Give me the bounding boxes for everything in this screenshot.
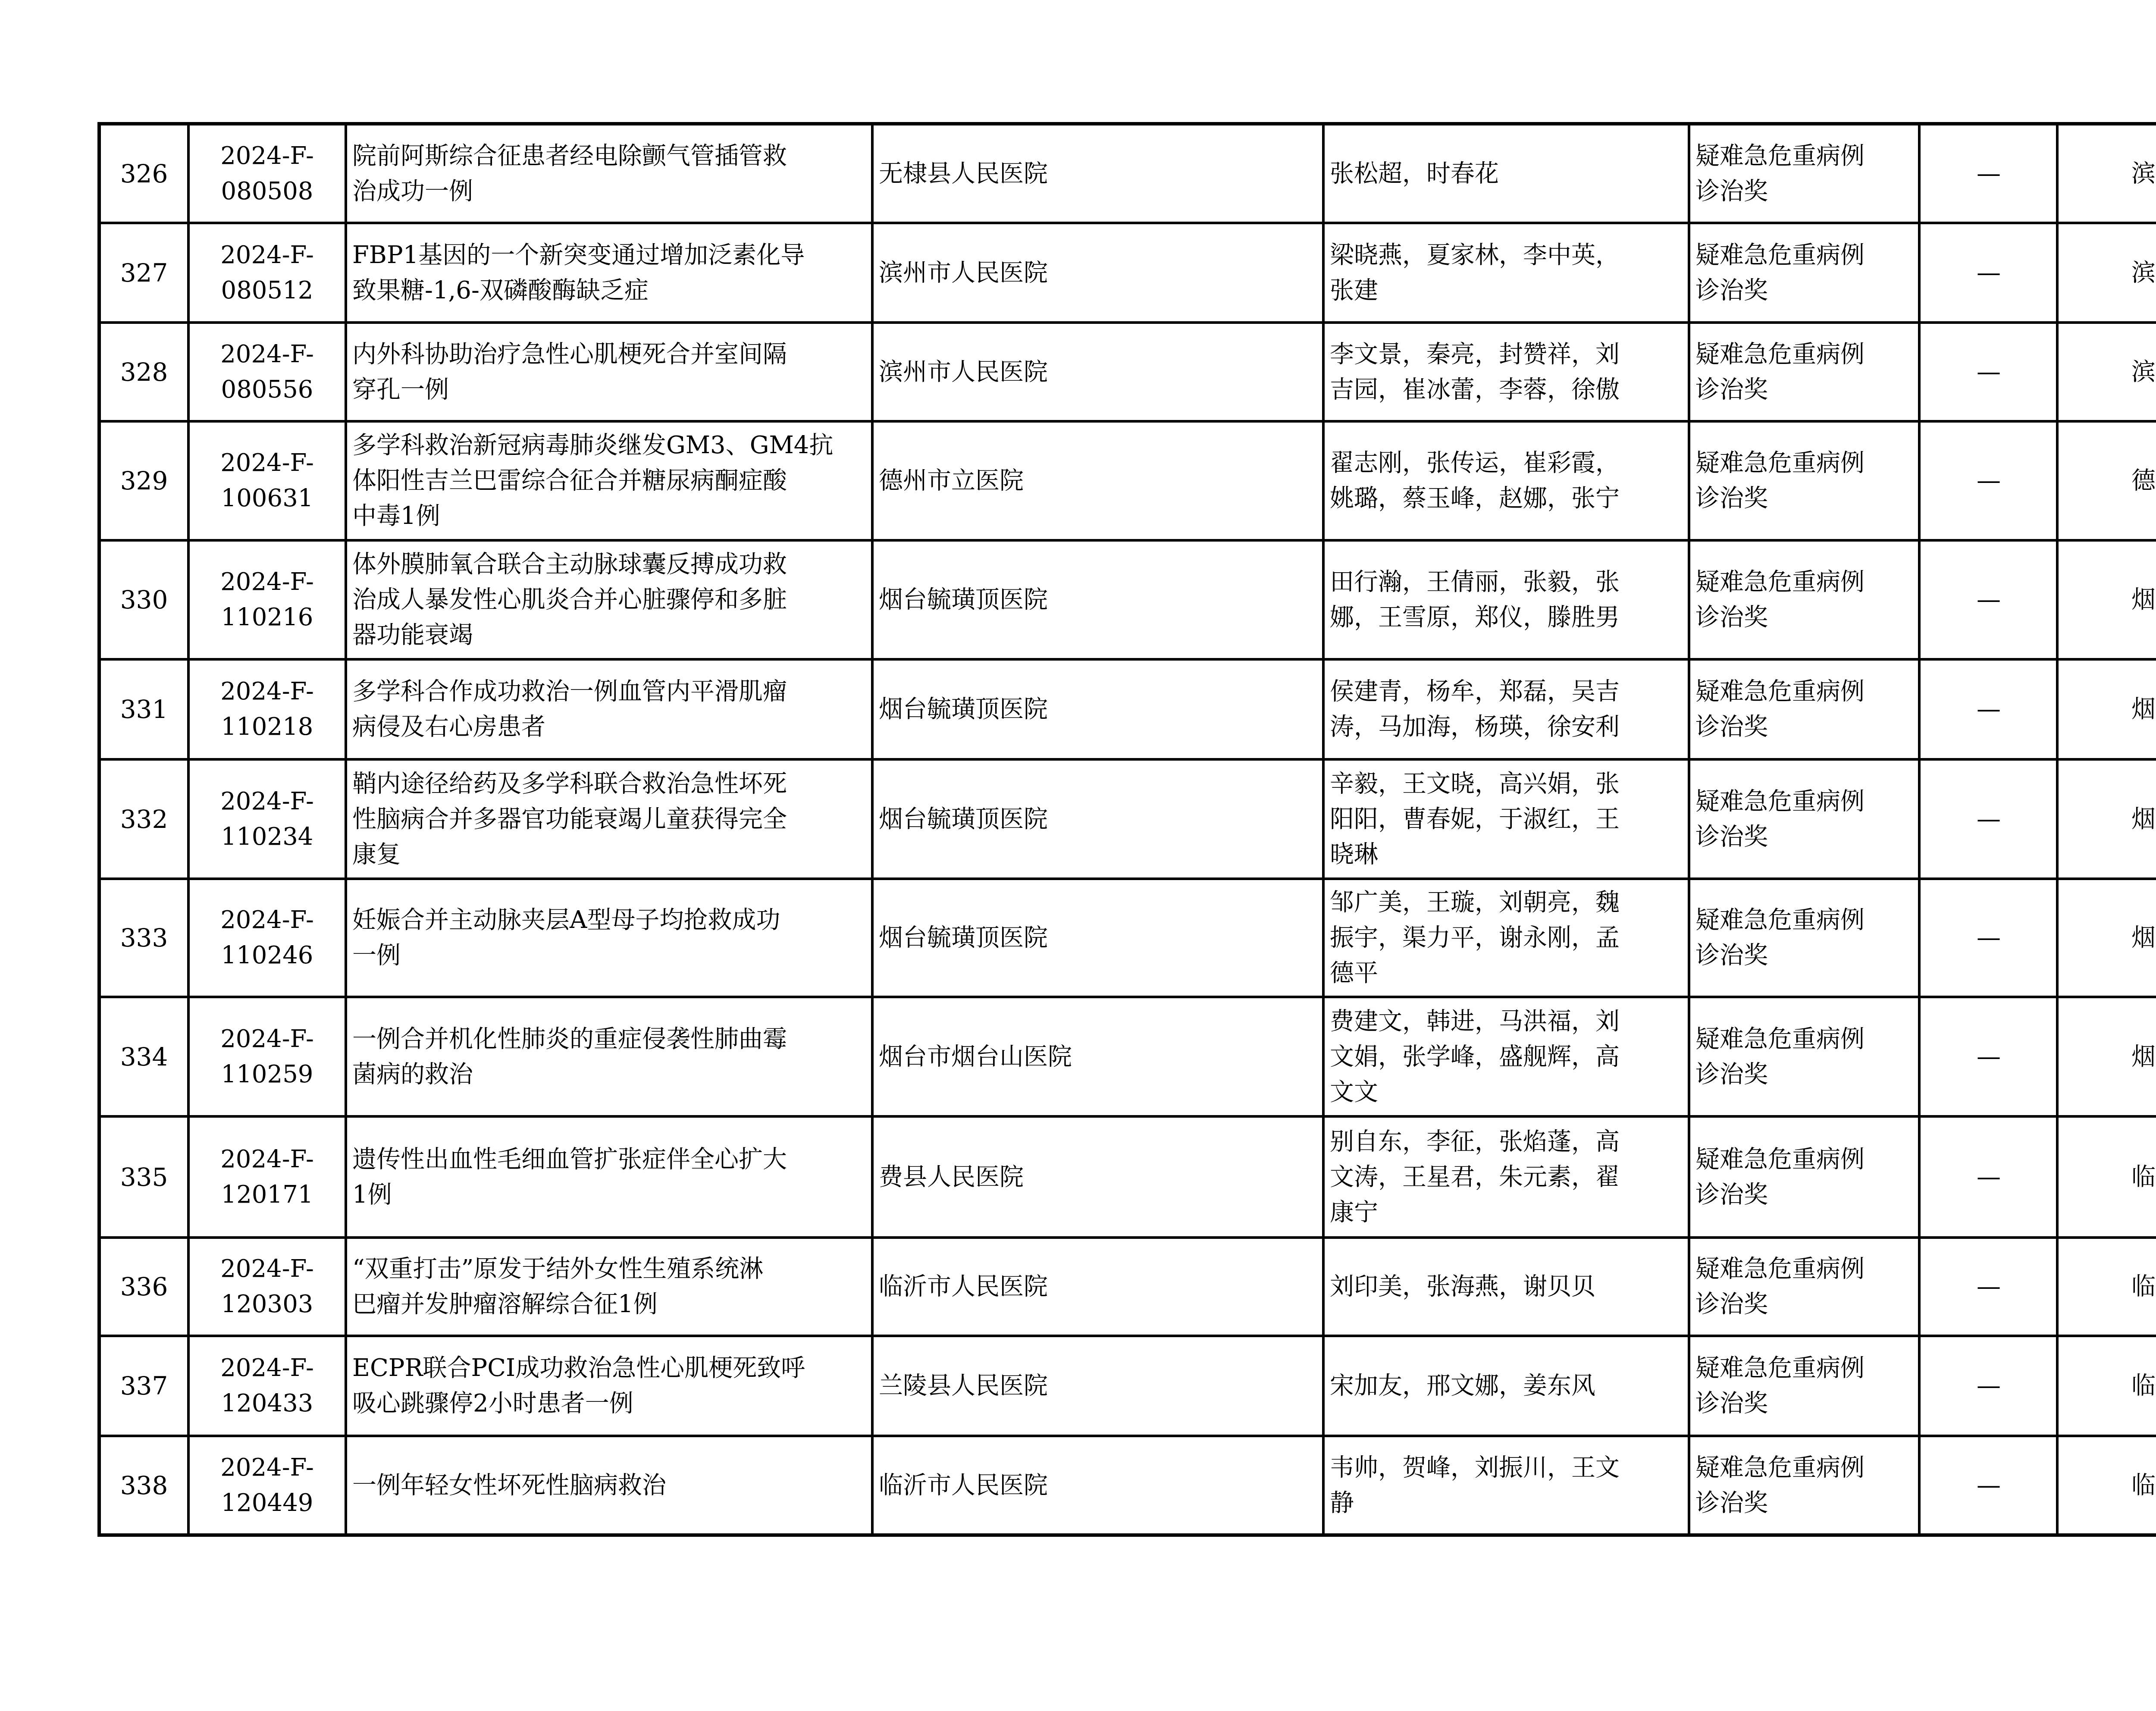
applicant-unit: 兰陵县人民医院 (872, 1336, 1323, 1436)
row-number: 334 (99, 997, 188, 1116)
row-number: 336 (99, 1238, 188, 1336)
award-category: 疑难急危重病例 诊治奖 (1689, 1436, 1919, 1535)
row-number: 330 (99, 540, 188, 659)
table-row: 336 2024-F- 120303 “双重打击”原发于结外女性生殖系统淋 巴瘤… (99, 1238, 2156, 1336)
award-list-table: 326 2024-F- 080508 院前阿斯综合征患者经电除颤气管插管救 治成… (97, 122, 2156, 1537)
project-code: 2024-F- 120171 (188, 1116, 346, 1238)
award-grade: — (1919, 659, 2057, 759)
project-code: 2024-F- 120449 (188, 1436, 346, 1535)
table-row: 328 2024-F- 080556 内外科协助治疗急性心肌梗死合并室间隔 穿孔… (99, 323, 2156, 421)
main-contributors: 李文景，秦亮，封赞祥，刘 吉园，崔冰蕾，李蓉，徐傲 (1323, 323, 1689, 421)
recommending-organization: 烟台市医学会 (2057, 879, 2156, 997)
award-grade: — (1919, 1116, 2057, 1238)
project-title: 鞘内途径给药及多学科联合救治急性坏死 性脑病合并多器官功能衰竭儿童获得完全 康复 (346, 759, 872, 879)
applicant-unit: 滨州市人民医院 (872, 323, 1323, 421)
award-grade: — (1919, 997, 2057, 1116)
project-title: 院前阿斯综合征患者经电除颤气管插管救 治成功一例 (346, 124, 872, 223)
applicant-unit: 费县人民医院 (872, 1116, 1323, 1238)
award-category: 疑难急危重病例 诊治奖 (1689, 1116, 1919, 1238)
main-contributors: 宋加友，邢文娜，姜东风 (1323, 1336, 1689, 1436)
project-code: 2024-F- 120303 (188, 1238, 346, 1336)
project-code: 2024-F- 080512 (188, 223, 346, 323)
project-code: 2024-F- 110246 (188, 879, 346, 997)
project-code: 2024-F- 110218 (188, 659, 346, 759)
award-grade: — (1919, 223, 2057, 323)
project-code: 2024-F- 100631 (188, 421, 346, 540)
table-row: 332 2024-F- 110234 鞘内途径给药及多学科联合救治急性坏死 性脑… (99, 759, 2156, 879)
recommending-organization: 临沂市医学会 (2057, 1436, 2156, 1535)
project-code: 2024-F- 080556 (188, 323, 346, 421)
applicant-unit: 烟台毓璜顶医院 (872, 540, 1323, 659)
row-number: 328 (99, 323, 188, 421)
project-title: 妊娠合并主动脉夹层A型母子均抢救成功 一例 (346, 879, 872, 997)
main-contributors: 田行瀚，王倩丽，张毅，张 娜，王雪原，郑仪，滕胜男 (1323, 540, 1689, 659)
recommending-organization: 临沂市医学会 (2057, 1116, 2156, 1238)
award-category: 疑难急危重病例 诊治奖 (1689, 421, 1919, 540)
applicant-unit: 临沂市人民医院 (872, 1238, 1323, 1336)
main-contributors: 邹广美，王璇，刘朝亮，魏 振宇，渠力平，谢永刚，孟 德平 (1323, 879, 1689, 997)
main-contributors: 刘印美，张海燕，谢贝贝 (1323, 1238, 1689, 1336)
applicant-unit: 烟台毓璜顶医院 (872, 659, 1323, 759)
table-row: 334 2024-F- 110259 一例合并机化性肺炎的重症侵袭性肺曲霉 菌病… (99, 997, 2156, 1116)
table-row: 330 2024-F- 110216 体外膜肺氧合联合主动脉球囊反搏成功救 治成… (99, 540, 2156, 659)
award-category: 疑难急危重病例 诊治奖 (1689, 223, 1919, 323)
main-contributors: 侯建青，杨牟，郑磊，吴吉 涛，马加海，杨瑛，徐安利 (1323, 659, 1689, 759)
recommending-organization: 临沂市医学会 (2057, 1336, 2156, 1436)
row-number: 327 (99, 223, 188, 323)
table-row: 331 2024-F- 110218 多学科合作成功救治一例血管内平滑肌瘤 病侵… (99, 659, 2156, 759)
row-number: 326 (99, 124, 188, 223)
project-code: 2024-F- 080508 (188, 124, 346, 223)
recommending-organization: 烟台市医学会 (2057, 659, 2156, 759)
table-row: 327 2024-F- 080512 FBP1基因的一个新突变通过增加泛素化导 … (99, 223, 2156, 323)
project-code: 2024-F- 110259 (188, 997, 346, 1116)
award-category: 疑难急危重病例 诊治奖 (1689, 323, 1919, 421)
main-contributors: 费建文，韩进，马洪福，刘 文娟，张学峰，盛舰辉，高 文文 (1323, 997, 1689, 1116)
applicant-unit: 烟台毓璜顶医院 (872, 759, 1323, 879)
recommending-organization: 德州市医学会 (2057, 421, 2156, 540)
main-contributors: 翟志刚，张传运，崔彩霞， 姚璐，蔡玉峰，赵娜，张宁 (1323, 421, 1689, 540)
project-title: “双重打击”原发于结外女性生殖系统淋 巴瘤并发肿瘤溶解综合征1例 (346, 1238, 872, 1336)
recommending-organization: 烟台市医学会 (2057, 759, 2156, 879)
project-title: ECPR联合PCI成功救治急性心肌梗死致呼 吸心跳骤停2小时患者一例 (346, 1336, 872, 1436)
award-grade: — (1919, 1436, 2057, 1535)
table-row: 335 2024-F- 120171 遗传性出血性毛细血管扩张症伴全心扩大 1例… (99, 1116, 2156, 1238)
applicant-unit: 无棣县人民医院 (872, 124, 1323, 223)
award-category: 疑难急危重病例 诊治奖 (1689, 1336, 1919, 1436)
award-grade: — (1919, 1238, 2057, 1336)
main-contributors: 韦帅，贺峰，刘振川，王文 静 (1323, 1436, 1689, 1535)
applicant-unit: 烟台毓璜顶医院 (872, 879, 1323, 997)
project-title: 多学科合作成功救治一例血管内平滑肌瘤 病侵及右心房患者 (346, 659, 872, 759)
recommending-organization: 滨州市医学会 (2057, 124, 2156, 223)
project-title: 一例年轻女性坏死性脑病救治 (346, 1436, 872, 1535)
row-number: 335 (99, 1116, 188, 1238)
award-grade: — (1919, 879, 2057, 997)
award-grade: — (1919, 540, 2057, 659)
award-grade: — (1919, 323, 2057, 421)
recommending-organization: 烟台市医学会 (2057, 540, 2156, 659)
row-number: 329 (99, 421, 188, 540)
award-category: 疑难急危重病例 诊治奖 (1689, 540, 1919, 659)
applicant-unit: 烟台市烟台山医院 (872, 997, 1323, 1116)
table-row: 329 2024-F- 100631 多学科救治新冠病毒肺炎继发GM3、GM4抗… (99, 421, 2156, 540)
award-category: 疑难急危重病例 诊治奖 (1689, 1238, 1919, 1336)
project-code: 2024-F- 120433 (188, 1336, 346, 1436)
recommending-organization: 烟台市医学会 (2057, 997, 2156, 1116)
project-code: 2024-F- 110216 (188, 540, 346, 659)
project-title: 内外科协助治疗急性心肌梗死合并室间隔 穿孔一例 (346, 323, 872, 421)
table-row: 326 2024-F- 080508 院前阿斯综合征患者经电除颤气管插管救 治成… (99, 124, 2156, 223)
table-row: 337 2024-F- 120433 ECPR联合PCI成功救治急性心肌梗死致呼… (99, 1336, 2156, 1436)
award-grade: — (1919, 759, 2057, 879)
project-title: 一例合并机化性肺炎的重症侵袭性肺曲霉 菌病的救治 (346, 997, 872, 1116)
project-title: 体外膜肺氧合联合主动脉球囊反搏成功救 治成人暴发性心肌炎合并心脏骤停和多脏 器功… (346, 540, 872, 659)
main-contributors: 辛毅，王文晓，高兴娟，张 阳阳，曹春妮，于淑红，王 晓琳 (1323, 759, 1689, 879)
project-code: 2024-F- 110234 (188, 759, 346, 879)
applicant-unit: 德州市立医院 (872, 421, 1323, 540)
applicant-unit: 临沂市人民医院 (872, 1436, 1323, 1535)
award-grade: — (1919, 1336, 2057, 1436)
award-category: 疑难急危重病例 诊治奖 (1689, 124, 1919, 223)
recommending-organization: 临沂市医学会 (2057, 1238, 2156, 1336)
main-contributors: 梁晓燕，夏家林，李中英， 张建 (1323, 223, 1689, 323)
applicant-unit: 滨州市人民医院 (872, 223, 1323, 323)
row-number: 338 (99, 1436, 188, 1535)
recommending-organization: 滨州市医学会 (2057, 223, 2156, 323)
row-number: 333 (99, 879, 188, 997)
row-number: 331 (99, 659, 188, 759)
award-grade: — (1919, 421, 2057, 540)
project-title: 遗传性出血性毛细血管扩张症伴全心扩大 1例 (346, 1116, 872, 1238)
award-category: 疑难急危重病例 诊治奖 (1689, 759, 1919, 879)
table-row: 333 2024-F- 110246 妊娠合并主动脉夹层A型母子均抢救成功 一例… (99, 879, 2156, 997)
main-contributors: 别自东，李征，张焰蓬，高 文涛，王星君，朱元素，翟 康宁 (1323, 1116, 1689, 1238)
project-title: 多学科救治新冠病毒肺炎继发GM3、GM4抗 体阳性吉兰巴雷综合征合并糖尿病酮症酸… (346, 421, 872, 540)
award-grade: — (1919, 124, 2057, 223)
table-row: 338 2024-F- 120449 一例年轻女性坏死性脑病救治 临沂市人民医院… (99, 1436, 2156, 1535)
row-number: 337 (99, 1336, 188, 1436)
row-number: 332 (99, 759, 188, 879)
main-contributors: 张松超，时春花 (1323, 124, 1689, 223)
project-title: FBP1基因的一个新突变通过增加泛素化导 致果糖-1,6-双磷酸酶缺乏症 (346, 223, 872, 323)
award-category: 疑难急危重病例 诊治奖 (1689, 997, 1919, 1116)
recommending-organization: 滨州市医学会 (2057, 323, 2156, 421)
award-category: 疑难急危重病例 诊治奖 (1689, 659, 1919, 759)
award-category: 疑难急危重病例 诊治奖 (1689, 879, 1919, 997)
